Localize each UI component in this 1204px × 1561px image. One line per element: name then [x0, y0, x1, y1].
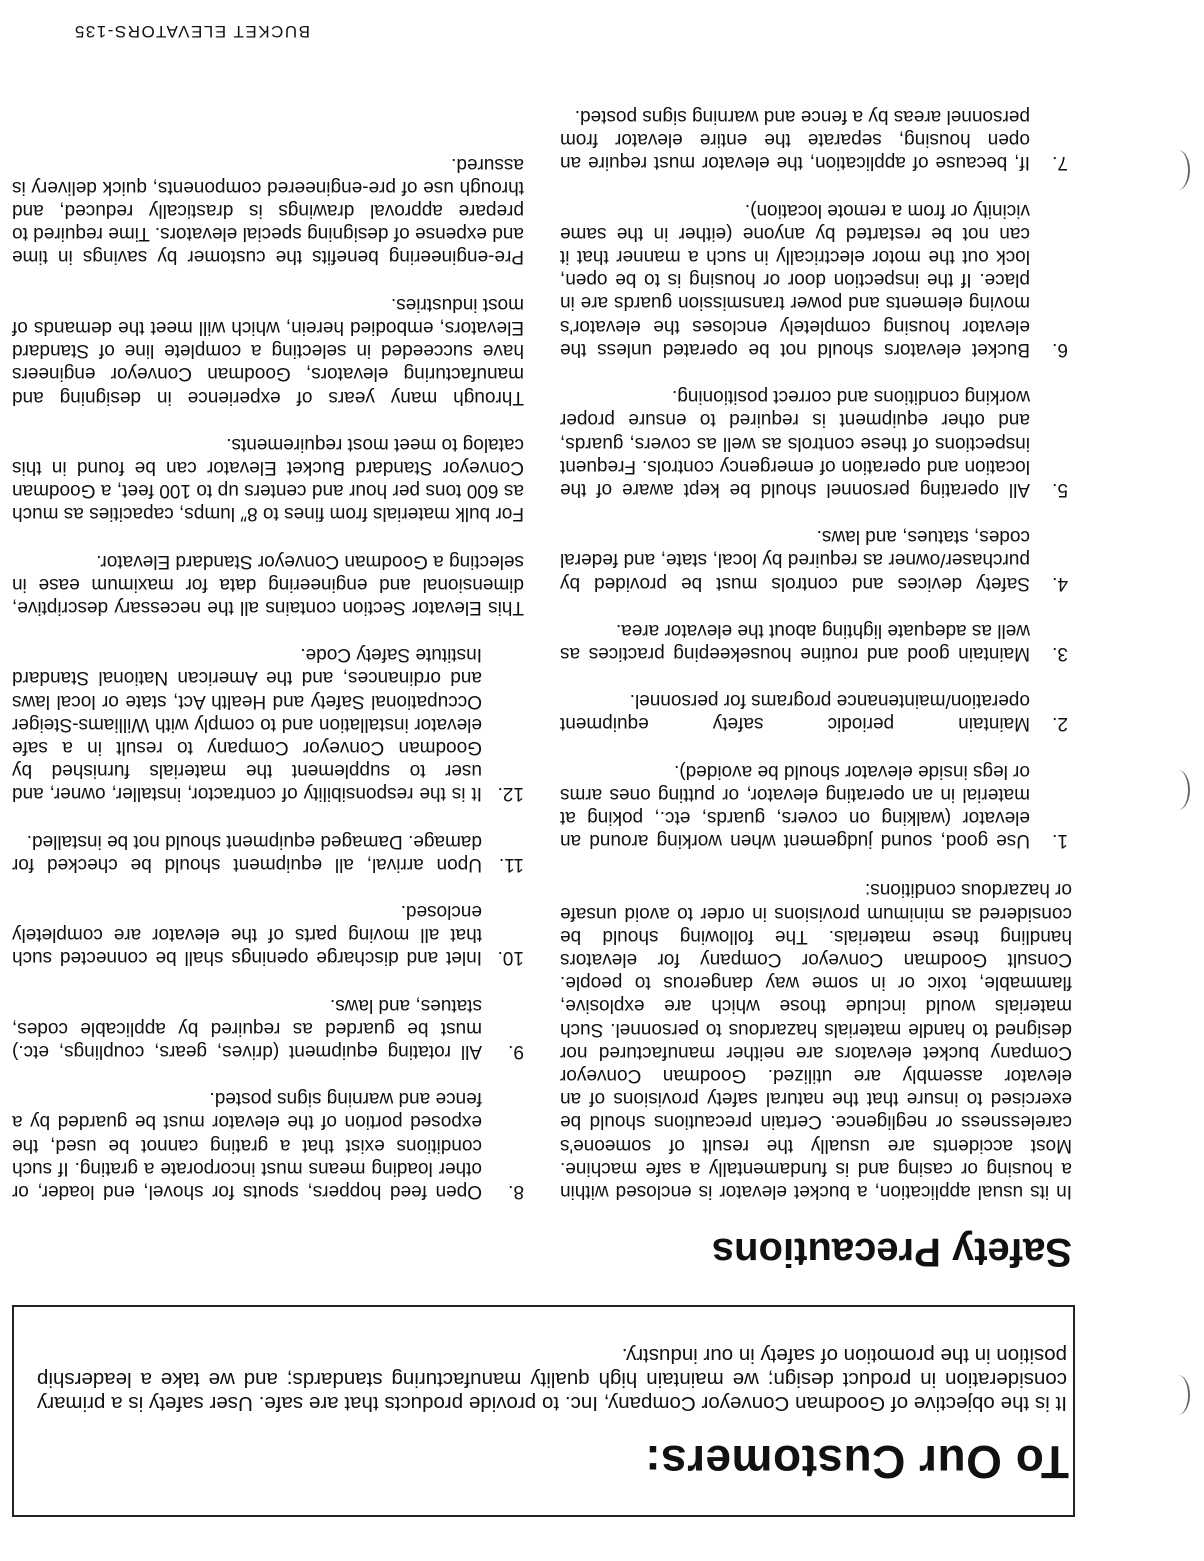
item-number: 4. — [1052, 571, 1068, 594]
item-text: Bucket elevators should not be operated … — [560, 200, 1030, 360]
safety-item: 10. Inlet and discharge openings shall b… — [12, 900, 524, 970]
catalog-paragraph: This Elevator Section contains all the n… — [12, 549, 524, 619]
item-number: 9. — [508, 1040, 524, 1063]
safety-item: 4. Safety devices and controls must be p… — [560, 525, 1072, 595]
binder-hole-mark — [1166, 770, 1190, 810]
item-text: All operating personnel should be kept a… — [560, 386, 1030, 500]
item-text: Maintain good and routine housekeeping p… — [560, 620, 1030, 664]
document-page: To Our Customers: It is the objective of… — [0, 0, 1204, 1561]
safety-item: 1. Use good, sound judgement when workin… — [560, 759, 1072, 852]
safety-item: 3. Maintain good and routine housekeepin… — [560, 619, 1072, 665]
safety-item: 9. All rotating equipment (drives, gears… — [12, 993, 524, 1063]
item-number: 11. — [499, 853, 524, 876]
customer-notice-text: It is the objective of Goodman Conveyor … — [37, 1343, 1069, 1415]
safety-item: 2. Maintain periodic safety equipment op… — [560, 689, 1072, 735]
item-text: If, because of application, the elevator… — [560, 106, 1030, 173]
safety-item: 7. If, because of application, the eleva… — [560, 105, 1072, 175]
safety-item: 5. All operating personnel should be kep… — [560, 385, 1072, 501]
column-left: In its usual application, a bucket eleva… — [560, 81, 1072, 1203]
catalog-paragraph: Through many years of experience in desi… — [12, 293, 524, 409]
catalog-paragraph: Pre-engineering benefits the customer by… — [12, 152, 524, 268]
item-text: Inlet and discharge openings shall be co… — [12, 901, 482, 968]
safety-intro: In its usual application, a bucket eleva… — [560, 878, 1072, 1203]
item-text: It is the responsibility of contractor, … — [12, 644, 482, 804]
column-right: 8. Open feed hoppers, spouts for shovel,… — [12, 128, 524, 1203]
item-number: 3. — [1052, 642, 1068, 665]
item-text: Open feed hoppers, spouts for shovel, en… — [12, 1088, 482, 1202]
item-number: 12. — [498, 782, 524, 805]
item-number: 5. — [1052, 478, 1068, 501]
binder-hole-mark — [1166, 1375, 1190, 1415]
item-text: Upon arrival, all equipment should be ch… — [12, 831, 482, 875]
item-text: Safety devices and controls must be prov… — [560, 526, 1030, 593]
item-number: 8. — [508, 1180, 524, 1203]
safety-item: 8. Open feed hoppers, spouts for shovel,… — [12, 1087, 524, 1203]
safety-item: 12. It is the responsibility of contract… — [12, 643, 524, 805]
safety-item: 6. Bucket elevators should not be operat… — [560, 198, 1072, 360]
item-number: 1. — [1052, 829, 1068, 852]
safety-item: 11. Upon arrival, all equipment should b… — [12, 829, 524, 875]
item-text: Use good, sound judgement when working a… — [560, 761, 1030, 852]
item-text: Maintain periodic safety equipment opera… — [560, 690, 1030, 734]
page-footer-label: BUCKET ELEVATORS-135 — [73, 21, 310, 41]
item-number: 2. — [1052, 712, 1068, 735]
item-number: 10. — [498, 946, 524, 969]
item-number: 6. — [1052, 338, 1068, 361]
item-number: 7. — [1052, 151, 1068, 174]
binder-hole-mark — [1166, 150, 1190, 190]
catalog-paragraph: For bulk materials from fines to 8″ lump… — [12, 433, 524, 526]
item-text: All rotating equipment (drives, gears, c… — [12, 995, 482, 1062]
customer-notice-box: To Our Customers: It is the objective of… — [12, 1305, 1075, 1517]
safety-heading: Safety Precautions — [712, 1227, 1072, 1277]
customer-notice-title: To Our Customers: — [42, 1435, 1069, 1489]
